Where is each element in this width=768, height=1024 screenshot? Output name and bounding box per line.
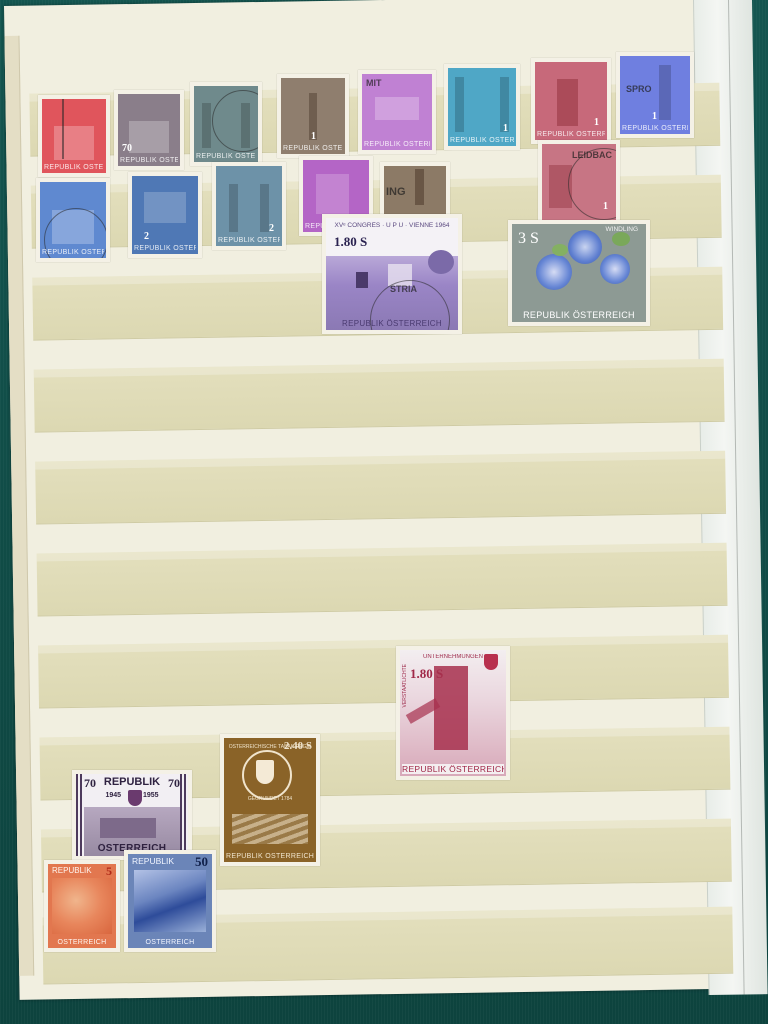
stamp-value: 1: [503, 123, 508, 134]
leaf-icon: [552, 244, 568, 256]
stamp-tower-art: [455, 77, 465, 132]
coat-of-arms-icon: [128, 790, 142, 806]
postmark-text: SPRO: [626, 84, 652, 94]
stamp-building-art: [54, 126, 95, 159]
stamp-face: REPUBLIK ÖSTERREICH: [42, 99, 106, 173]
stamp-tower-art: [229, 184, 238, 232]
stamp[interactable]: REPUBLIK ÖSTERREICH: [38, 95, 110, 177]
stamp[interactable]: ING: [380, 162, 450, 218]
postmark: [212, 90, 258, 152]
leaf-icon: [612, 232, 630, 246]
glassine-strip: [35, 451, 726, 525]
stamp-country-label: REPUBLIK ÖSTERREICH: [226, 853, 314, 860]
stamp-face: WINDLING 3 S REPUBLIK ÖSTERREICH: [512, 224, 646, 322]
stamp-tobacco-monopoly[interactable]: ÖSTERREICHISCHE TABAK-REGIE GEGRÜNDET 17…: [220, 734, 320, 866]
stamp[interactable]: 70 REPUBLIK ÖSTERREICH: [114, 90, 184, 170]
stamp-country-label: REPUBLIK ÖSTERREICH: [364, 141, 430, 148]
stamp[interactable]: MIT REPUBLIK ÖSTERREICH: [358, 70, 436, 154]
stamp-windling-flower[interactable]: WINDLING 3 S REPUBLIK ÖSTERREICH: [508, 220, 650, 326]
stamp-country-label: REPUBLIK ÖSTERREICH: [537, 131, 605, 138]
stamp-mountain-art: [134, 870, 206, 932]
stamp-face: MIT REPUBLIK ÖSTERREICH: [362, 74, 432, 150]
stamp-value: 5: [106, 864, 112, 879]
stamp-nationalized-industry[interactable]: UNTERNEHMUNGEN 1.80 S VERSTAATLICHTE REP…: [396, 646, 510, 780]
stamp-value: 70: [122, 143, 132, 154]
stamp-country-label: REPUBLIK ÖSTERREICH: [42, 249, 104, 256]
stamp-country-label: REPUBLIK ÖSTERREICH: [283, 145, 343, 152]
blast-furnace-art: [434, 666, 468, 750]
flower-icon: [600, 254, 630, 284]
stamp[interactable]: SPRO 1 REPUBLIK ÖSTERREICH: [616, 52, 694, 138]
stamp-country-label: ÖSTERREICH: [130, 939, 210, 946]
stamp-country-label: REPUBLIK ÖSTERREICH: [44, 164, 104, 171]
eagle-icon: [256, 760, 274, 784]
stamp-face: UNTERNEHMUNGEN 1.80 S VERSTAATLICHTE REP…: [400, 650, 506, 776]
stamp-face: SPRO 1 REPUBLIK ÖSTERREICH: [620, 56, 690, 134]
stamp[interactable]: 1 REPUBLIK ÖSTERREICH: [444, 64, 520, 150]
stamp-tower-art: [260, 184, 269, 232]
stamp-face: REPUBLIK ÖSTERREICH: [194, 86, 258, 162]
stamp-face: 70 70 REPUBLIK 1945 1955 ÖSTERREICH: [76, 774, 188, 856]
stamp[interactable]: 1 REPUBLIK ÖSTERREICH: [277, 74, 349, 158]
stamp-landscape[interactable]: REPUBLIK 5 ÖSTERREICH: [44, 860, 120, 952]
stamp-inscription: REPUBLIK: [78, 776, 186, 788]
glassine-strip: [34, 359, 725, 433]
flower-icon: [536, 254, 572, 290]
stamp-tower-art: [241, 103, 250, 149]
tobacco-leaves-art: [232, 814, 308, 844]
stamp-side-inscription: VERSTAATLICHTE: [402, 664, 408, 707]
stamp[interactable]: REPUBLIK ÖSTERREICH: [190, 82, 262, 166]
stamp-face: LEIDBAC 1: [542, 144, 616, 222]
glassine-strip: [37, 543, 728, 617]
stamp-value: 1: [603, 201, 608, 212]
stamp-building-art: [52, 210, 94, 244]
stamp-value: 1.80 S: [334, 234, 367, 250]
stamp-value: 1: [311, 131, 316, 142]
glassine-strip: [38, 635, 729, 709]
stamp-face: REPUBLIK 5 ÖSTERREICH: [48, 864, 116, 948]
stamp-value: 2: [144, 231, 149, 242]
postmark-text: STRIA: [390, 284, 417, 294]
stamp-country-label: REPUBLIK ÖSTERREICH: [514, 310, 644, 320]
stamp-country-label: REPUBLIK ÖSTERREICH: [218, 237, 280, 244]
stamp-face: 1 REPUBLIK ÖSTERREICH: [448, 68, 516, 146]
horse-figure: [356, 272, 368, 288]
stamp-value: 2.40 S: [284, 740, 312, 752]
stamp-tower-art: [202, 103, 211, 149]
stamp-value: 1: [594, 117, 599, 128]
stamp-sub-inscription: GEGRÜNDET 1784: [226, 796, 314, 802]
stamp-country-label: REPUBLIK ÖSTERREICH: [134, 245, 196, 252]
stamp-face: 2 REPUBLIK ÖSTERREICH: [132, 176, 198, 254]
stamp-country-label: REPUBLIK ÖSTERREICH: [120, 157, 178, 164]
stamp-value: 3 S: [518, 230, 539, 248]
stamp-face: REPUBLIK ÖSTERREICH: [40, 182, 106, 258]
stamp-face: 70 REPUBLIK ÖSTERREICH: [118, 94, 180, 166]
postmark-text: MIT: [366, 78, 382, 88]
stamp-country-label: REPUBLIK ÖSTERREICH: [622, 125, 688, 132]
stamp[interactable]: 2 REPUBLIK ÖSTERREICH: [128, 172, 202, 258]
stamp[interactable]: 1 REPUBLIK ÖSTERREICH: [531, 58, 611, 144]
stamp-face: 1 REPUBLIK ÖSTERREICH: [281, 78, 345, 154]
stamp-country-label: REPUBLIK ÖSTERREICH: [196, 153, 256, 160]
stamp-country-label: ÖSTERREICH: [50, 939, 114, 946]
stamp-face: 1 REPUBLIK ÖSTERREICH: [535, 62, 607, 140]
stamp[interactable]: REPUBLIK ÖSTERREICH: [36, 178, 110, 262]
tree-figure: [428, 250, 454, 274]
parliament-building-art: [100, 818, 156, 838]
stamp-country-label: REPUBLIK ÖSTERREICH: [450, 137, 514, 144]
stamp-castle-art: [557, 79, 579, 126]
stamp-face: 2 REPUBLIK ÖSTERREICH: [216, 166, 282, 246]
stamp-country-label: REPUBLIK ÖSTERREICH: [328, 319, 456, 328]
stamp-inscription: REPUBLIK: [50, 866, 114, 875]
stamp-landscape-art: [144, 192, 186, 223]
stamp-value: 2: [269, 223, 274, 234]
stamp-tower-art: [659, 65, 672, 120]
postmark-text: ING: [386, 186, 406, 198]
stamp-face: ING: [384, 166, 446, 214]
stamp-country-label: REPUBLIK ÖSTERREICH: [402, 764, 504, 774]
rider-figure: [388, 264, 412, 286]
stamp-church-art: [415, 169, 424, 205]
stamp-castle-art: [549, 165, 571, 208]
stamp-landscape[interactable]: REPUBLIK 50 ÖSTERREICH: [124, 850, 216, 952]
stamp-mountain-art: [52, 878, 112, 934]
postmark-text: LEIDBAC: [572, 150, 612, 160]
flower-icon: [568, 230, 602, 264]
stamp-face: ÖSTERREICHISCHE TABAK-REGIE GEGRÜNDET 17…: [224, 738, 316, 862]
stamp[interactable]: 2 REPUBLIK ÖSTERREICH: [212, 162, 286, 250]
stamp-value: 50: [195, 854, 208, 870]
stamp-building-art: [129, 121, 169, 153]
stamp-gate-art: [316, 174, 349, 214]
coat-of-arms-icon: [484, 654, 498, 670]
stamp-upu-congress[interactable]: XVᵉ CONGRÈS · U P U · VIENNE 1964 1.80 S…: [322, 214, 462, 334]
stamp[interactable]: LEIDBAC 1: [538, 140, 620, 226]
stamp-face: XVᵉ CONGRÈS · U P U · VIENNE 1964 1.80 S…: [326, 218, 458, 330]
stamp-inscription: XVᵉ CONGRÈS · U P U · VIENNE 1964: [328, 222, 456, 229]
stamp-face: REPUBLIK 50 ÖSTERREICH: [128, 854, 212, 948]
stamp-republic-anniversary[interactable]: 70 70 REPUBLIK 1945 1955 ÖSTERREICH: [72, 770, 192, 860]
stamp-value: 1: [652, 111, 657, 122]
stamp-building-art: [375, 97, 420, 120]
